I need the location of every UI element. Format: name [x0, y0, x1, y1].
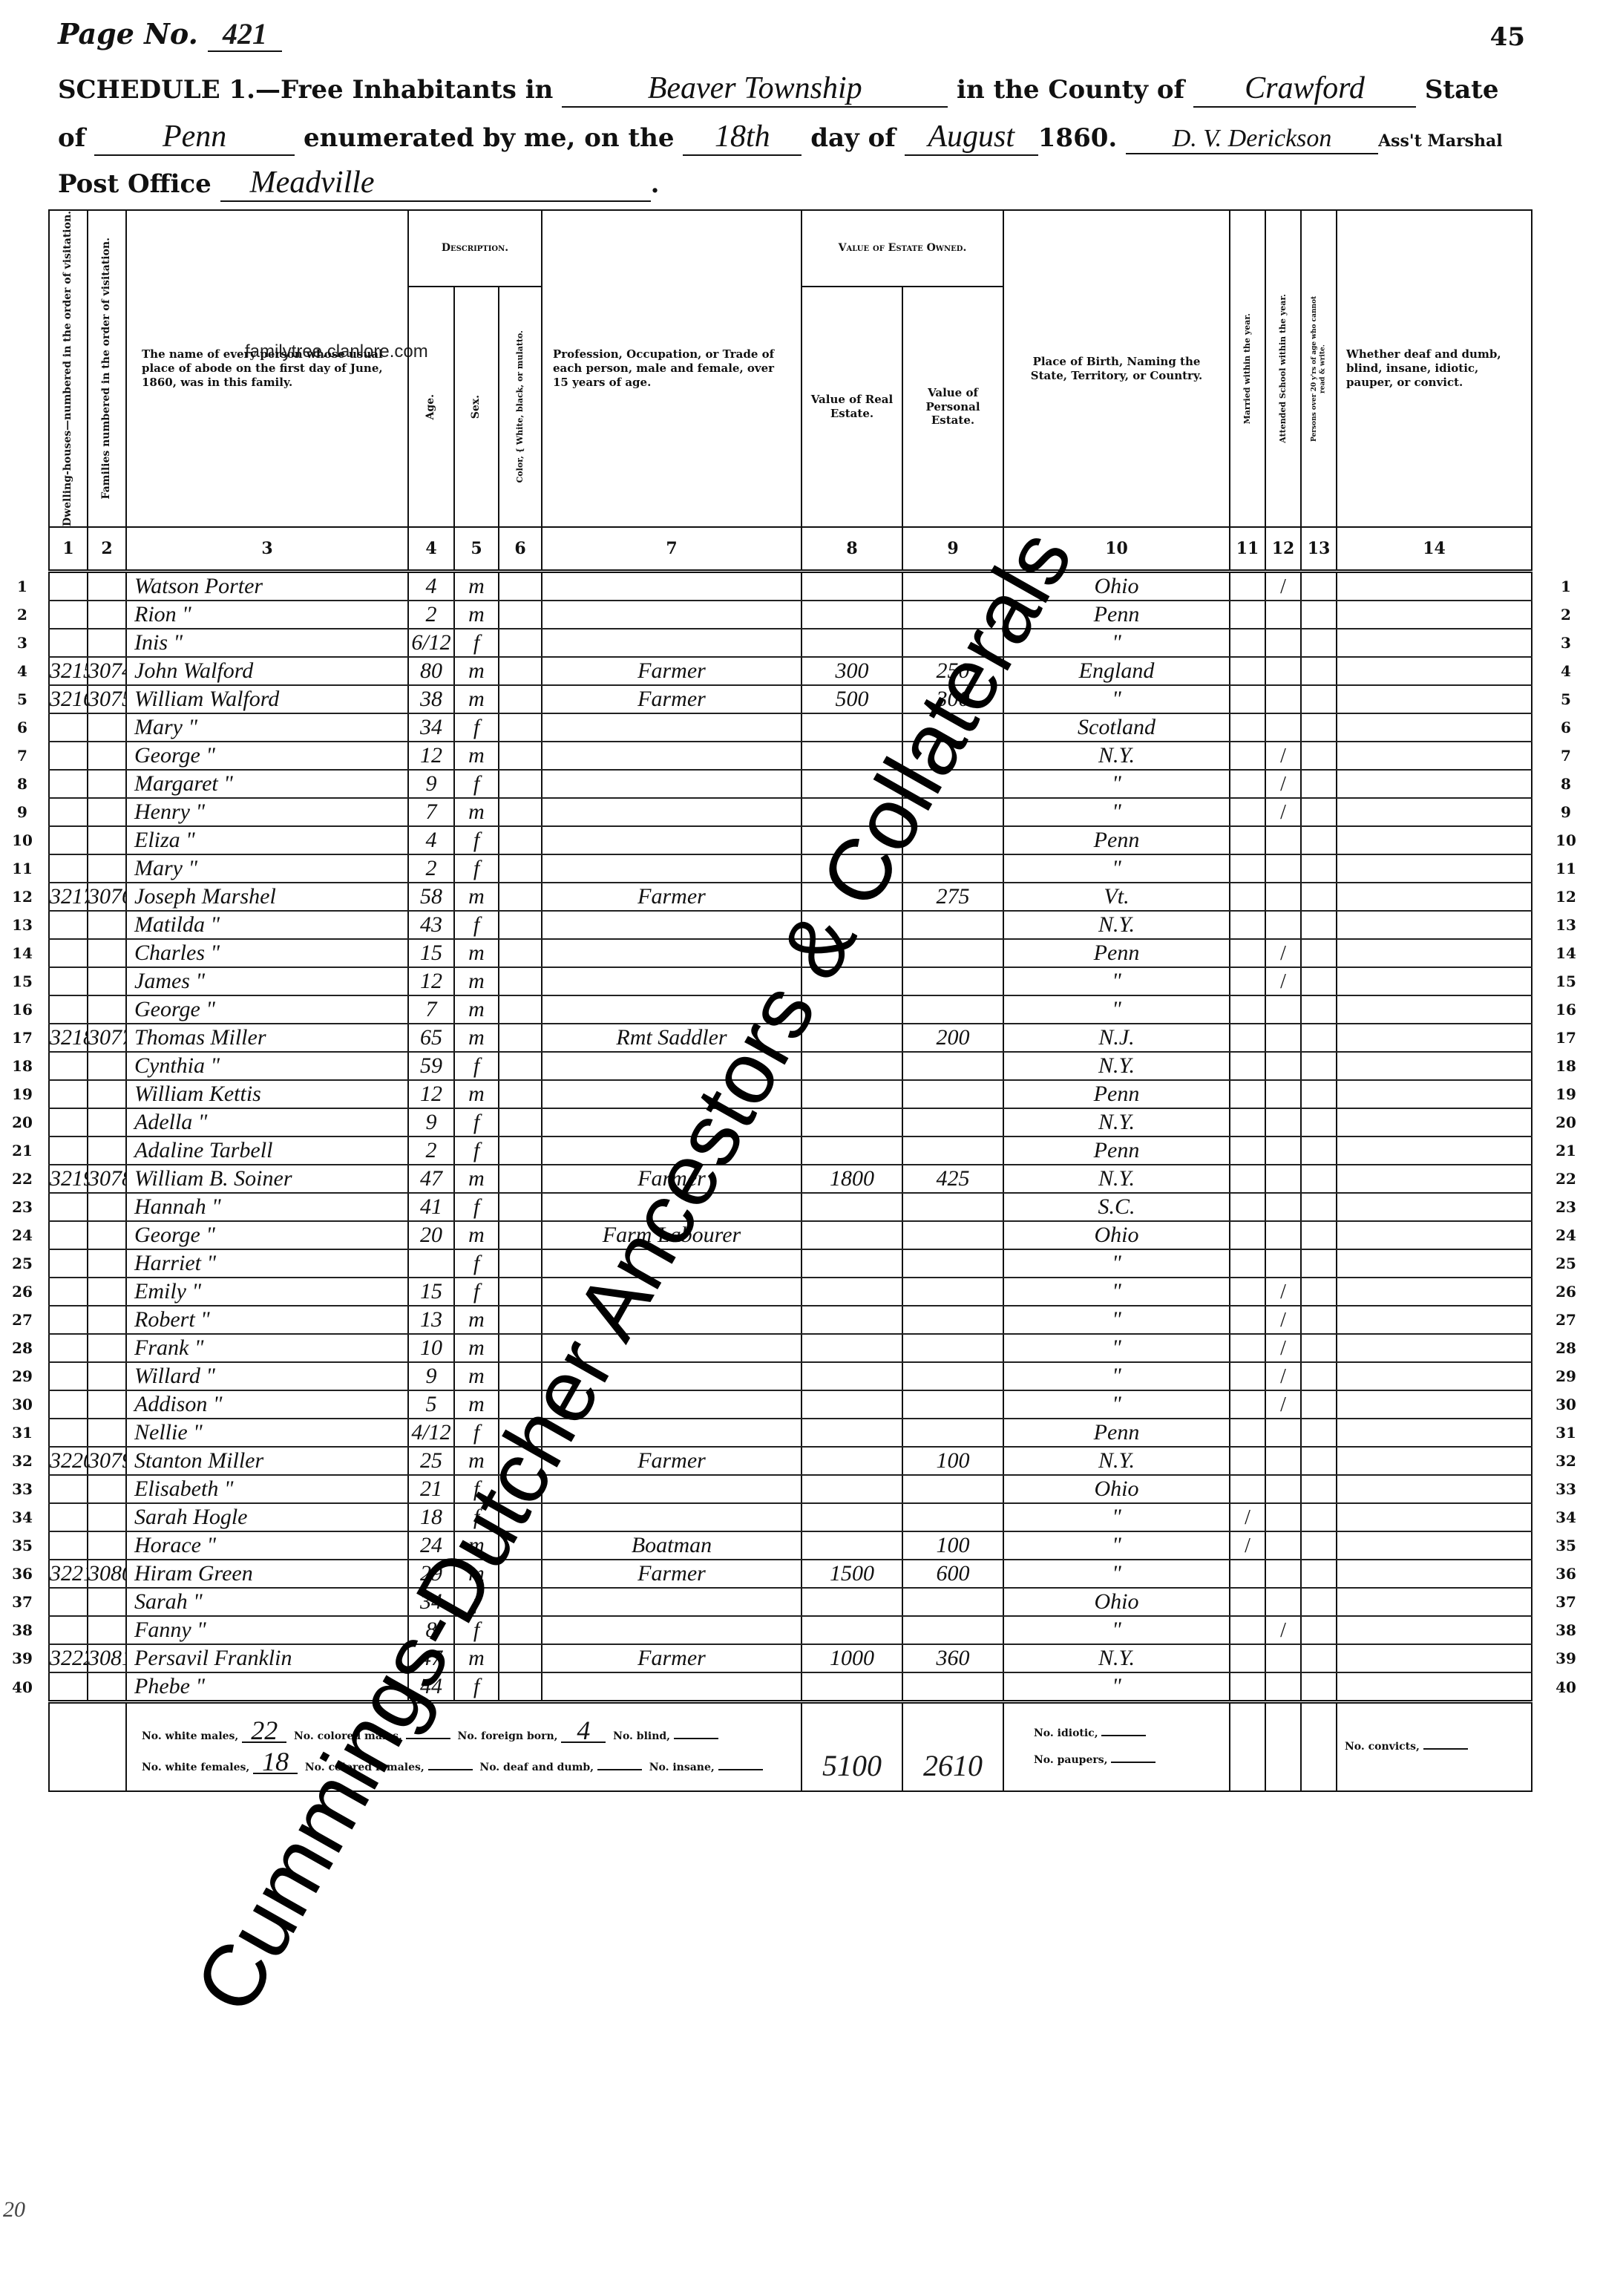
real-estate-value	[801, 1080, 902, 1108]
dwelling-number	[49, 798, 88, 826]
line-number: 27	[0, 1311, 45, 1329]
dwelling-number	[49, 1221, 88, 1249]
person-name: George "	[126, 1221, 408, 1249]
line-number: 8	[1544, 775, 1588, 793]
table-row: 32173076Joseph Marshel58mFarmer275Vt.	[49, 883, 1532, 911]
person-name: Margaret "	[126, 770, 408, 798]
line-number: 35	[0, 1537, 45, 1554]
dwelling-number	[49, 1080, 88, 1108]
color	[499, 1362, 542, 1390]
married-within-year	[1230, 826, 1265, 854]
sex: m	[454, 1221, 499, 1249]
person-name: George "	[126, 742, 408, 770]
real-estate-value: 300	[801, 657, 902, 685]
occupation: Farmer	[542, 685, 801, 713]
totals-idiotic-paupers: No. idiotic, No. paupers,	[1003, 1702, 1230, 1791]
dwelling-number: 3218	[49, 1024, 88, 1052]
cannot-read-write	[1301, 1249, 1337, 1278]
attended-school	[1265, 1080, 1301, 1108]
line-number: 16	[1544, 1001, 1588, 1018]
family-number: 3078	[88, 1165, 126, 1193]
sex: f	[454, 911, 499, 939]
birthplace: "	[1003, 1390, 1230, 1419]
cannot-read-write	[1301, 798, 1337, 826]
line-number: 20	[0, 1113, 45, 1131]
census-table: Dwelling-houses—numbered in the order of…	[48, 209, 1531, 1792]
occupation	[542, 1278, 801, 1306]
person-name: Persavil Franklin	[126, 1644, 408, 1672]
person-name: William Walford	[126, 685, 408, 713]
occupation	[542, 939, 801, 967]
sex: m	[454, 742, 499, 770]
family-number	[88, 995, 126, 1024]
age: 6/12	[408, 629, 454, 657]
foreign-born-total: 4	[561, 1719, 606, 1743]
post-office-line: Post Office Meadville.	[58, 165, 659, 202]
cannot-read-write	[1301, 1080, 1337, 1108]
line-number: 5	[0, 690, 45, 708]
day-of-label: day of	[810, 123, 896, 153]
cannot-read-write	[1301, 1588, 1337, 1616]
family-number	[88, 1306, 126, 1334]
personal-estate-value	[902, 1193, 1003, 1221]
personal-estate-value	[902, 1334, 1003, 1362]
disability	[1337, 1531, 1532, 1560]
line-number: 25	[0, 1255, 45, 1272]
line-number: 9	[1544, 803, 1588, 821]
sex: m	[454, 1390, 499, 1419]
attended-school	[1265, 1221, 1301, 1249]
occupation	[542, 911, 801, 939]
married-within-year	[1230, 1278, 1265, 1306]
family-number: 3076	[88, 883, 126, 911]
line-number: 31	[0, 1424, 45, 1442]
married-within-year	[1230, 1588, 1265, 1616]
attended-school	[1265, 1362, 1301, 1390]
personal-estate-value	[902, 939, 1003, 967]
attended-school	[1265, 967, 1301, 995]
line-number: 12	[1544, 888, 1588, 906]
day-field: 18th	[683, 119, 801, 156]
family-number	[88, 629, 126, 657]
birthplace: "	[1003, 798, 1230, 826]
color	[499, 854, 542, 883]
sex: f	[454, 854, 499, 883]
person-name: William Kettis	[126, 1080, 408, 1108]
disability	[1337, 1447, 1532, 1475]
line-number: 36	[0, 1565, 45, 1583]
disability	[1337, 1136, 1532, 1165]
birthplace: N.Y.	[1003, 1165, 1230, 1193]
occupation: Boatman	[542, 1531, 801, 1560]
dwelling-number	[49, 1616, 88, 1644]
line-number: 29	[0, 1367, 45, 1385]
occupation	[542, 1080, 801, 1108]
occupation	[542, 1588, 801, 1616]
color	[499, 911, 542, 939]
occupation	[542, 1419, 801, 1447]
line-number: 38	[0, 1621, 45, 1639]
birthplace: N.J.	[1003, 1024, 1230, 1052]
color	[499, 798, 542, 826]
married-within-year	[1230, 1334, 1265, 1362]
column-number: 14	[1337, 527, 1532, 572]
line-number: 28	[1544, 1339, 1588, 1357]
line-number: 39	[1544, 1649, 1588, 1667]
sex: m	[454, 1165, 499, 1193]
sheet-number: 45	[1490, 22, 1525, 52]
schedule-label: SCHEDULE 1.—Free Inhabitants in	[58, 75, 553, 105]
col-header-family: Families numbered in the order of visita…	[88, 210, 126, 527]
line-number: 35	[1544, 1537, 1588, 1554]
real-estate-value	[801, 770, 902, 798]
line-number: 17	[0, 1029, 45, 1047]
color	[499, 1390, 542, 1419]
family-number	[88, 1108, 126, 1136]
age: 7	[408, 798, 454, 826]
age: 9	[408, 770, 454, 798]
person-name: Cynthia "	[126, 1052, 408, 1080]
dwelling-number	[49, 742, 88, 770]
personal-estate-value	[902, 1362, 1003, 1390]
cannot-read-write	[1301, 770, 1337, 798]
married-within-year	[1230, 1503, 1265, 1531]
cannot-read-write	[1301, 1390, 1337, 1419]
table-row: George "20mFarm LabourerOhio	[49, 1221, 1532, 1249]
attended-school	[1265, 883, 1301, 911]
table-row: Nellie "4/12fPenn	[49, 1419, 1532, 1447]
personal-estate-value	[902, 1136, 1003, 1165]
disability	[1337, 1193, 1532, 1221]
birthplace: Penn	[1003, 601, 1230, 629]
table-row: Mary "2f"	[49, 854, 1532, 883]
attended-school	[1265, 1024, 1301, 1052]
real-estate-value	[801, 1419, 902, 1447]
table-row: Cynthia "59fN.Y.	[49, 1052, 1532, 1080]
family-number	[88, 1362, 126, 1390]
table-row: Hannah "41fS.C.	[49, 1193, 1532, 1221]
attended-school	[1265, 1531, 1301, 1560]
table-row: Phebe "44f"	[49, 1672, 1532, 1702]
occupation: Farmer	[542, 883, 801, 911]
sex: f	[454, 1588, 499, 1616]
line-number: 18	[0, 1057, 45, 1075]
color	[499, 1503, 542, 1531]
attended-school	[1265, 770, 1301, 798]
column-number: 9	[902, 527, 1003, 572]
real-estate-value	[801, 1334, 902, 1362]
attended-school	[1265, 1249, 1301, 1278]
dwelling-number	[49, 1334, 88, 1362]
cannot-read-write	[1301, 1165, 1337, 1193]
real-estate-value	[801, 1278, 902, 1306]
color	[499, 1419, 542, 1447]
color	[499, 1221, 542, 1249]
dwelling-number	[49, 1588, 88, 1616]
age: 18	[408, 1503, 454, 1531]
real-estate-value	[801, 572, 902, 601]
person-name: Nellie "	[126, 1419, 408, 1447]
attended-school	[1265, 1447, 1301, 1475]
person-name: Mary "	[126, 713, 408, 742]
real-estate-value	[801, 995, 902, 1024]
table-row: Sarah "34fOhio	[49, 1588, 1532, 1616]
color	[499, 1249, 542, 1278]
sex: m	[454, 995, 499, 1024]
personal-estate-value: 425	[902, 1165, 1003, 1193]
attended-school	[1265, 1560, 1301, 1588]
attended-school	[1265, 1672, 1301, 1702]
family-number	[88, 601, 126, 629]
color	[499, 1165, 542, 1193]
table-row: Adaline Tarbell2fPenn	[49, 1136, 1532, 1165]
color	[499, 1644, 542, 1672]
personal-estate-value	[902, 742, 1003, 770]
year: 1860.	[1038, 123, 1117, 153]
line-number: 25	[1544, 1255, 1588, 1272]
occupation	[542, 1475, 801, 1503]
disability	[1337, 742, 1532, 770]
disability	[1337, 854, 1532, 883]
person-name: Watson Porter	[126, 572, 408, 601]
personal-estate-value	[902, 1419, 1003, 1447]
occupation: Farmer	[542, 1447, 801, 1475]
disability	[1337, 1278, 1532, 1306]
disability	[1337, 1080, 1532, 1108]
age: 80	[408, 657, 454, 685]
cannot-read-write	[1301, 939, 1337, 967]
birthplace: Penn	[1003, 1136, 1230, 1165]
person-name: Robert "	[126, 1306, 408, 1334]
dwelling-number	[49, 1193, 88, 1221]
attended-school	[1265, 854, 1301, 883]
sex: f	[454, 770, 499, 798]
age: 15	[408, 939, 454, 967]
married-within-year	[1230, 657, 1265, 685]
col-header-description: Description.	[408, 210, 542, 287]
dwelling-number	[49, 1419, 88, 1447]
page-number-line: Page No. 421	[58, 16, 282, 51]
married-within-year	[1230, 629, 1265, 657]
person-name: Matilda "	[126, 911, 408, 939]
dwelling-number	[49, 1108, 88, 1136]
age: 12	[408, 1080, 454, 1108]
disability	[1337, 1108, 1532, 1136]
month-field: August	[905, 119, 1038, 156]
birthplace: "	[1003, 1672, 1230, 1702]
birthplace: N.Y.	[1003, 1108, 1230, 1136]
attended-school	[1265, 685, 1301, 713]
col-header-married: Married within the year.	[1230, 210, 1265, 527]
line-number: 17	[1544, 1029, 1588, 1047]
real-estate-value: 1000	[801, 1644, 902, 1672]
color	[499, 770, 542, 798]
cannot-read-write	[1301, 629, 1337, 657]
line-number: 14	[0, 944, 45, 962]
post-office-field: Meadville	[220, 165, 651, 202]
color	[499, 713, 542, 742]
marshal-name: D. V. Derickson	[1126, 125, 1378, 154]
occupation	[542, 742, 801, 770]
column-number: 7	[542, 527, 801, 572]
real-estate-value	[801, 1052, 902, 1080]
table-row: Addison "5m"	[49, 1390, 1532, 1419]
line-number: 13	[0, 916, 45, 934]
line-number: 33	[0, 1480, 45, 1498]
line-number: 4	[0, 662, 45, 680]
disability	[1337, 1249, 1532, 1278]
color	[499, 1108, 542, 1136]
table-row: George "12mN.Y.	[49, 742, 1532, 770]
personal-estate-total: 2610	[902, 1702, 1003, 1791]
table-row: Matilda "43fN.Y.	[49, 911, 1532, 939]
family-number	[88, 826, 126, 854]
line-number: 2	[0, 606, 45, 624]
line-number: 28	[0, 1339, 45, 1357]
person-name: Rion "	[126, 601, 408, 629]
personal-estate-value: 275	[902, 883, 1003, 911]
family-number	[88, 1136, 126, 1165]
attended-school	[1265, 713, 1301, 742]
family-number	[88, 1193, 126, 1221]
dwelling-number	[49, 601, 88, 629]
line-number: 10	[1544, 831, 1588, 849]
person-name: Elisabeth "	[126, 1475, 408, 1503]
sex: m	[454, 1531, 499, 1560]
occupation	[542, 1136, 801, 1165]
person-name: Addison "	[126, 1390, 408, 1419]
person-name: Sarah Hogle	[126, 1503, 408, 1531]
sex: f	[454, 826, 499, 854]
line-number: 19	[0, 1085, 45, 1103]
birthplace: "	[1003, 1616, 1230, 1644]
cannot-read-write	[1301, 1475, 1337, 1503]
married-within-year	[1230, 1249, 1265, 1278]
color	[499, 1475, 542, 1503]
real-estate-value	[801, 713, 902, 742]
line-number: 10	[0, 831, 45, 849]
birthplace: "	[1003, 1278, 1230, 1306]
birthplace: N.Y.	[1003, 911, 1230, 939]
cannot-read-write	[1301, 1531, 1337, 1560]
family-number	[88, 798, 126, 826]
cannot-read-write	[1301, 1644, 1337, 1672]
person-name: Stanton Miller	[126, 1447, 408, 1475]
attended-school	[1265, 601, 1301, 629]
attended-school	[1265, 1419, 1301, 1447]
age: 2	[408, 854, 454, 883]
totals-row: No. white males, 22 No. colored males, N…	[49, 1702, 1532, 1791]
cannot-read-write	[1301, 911, 1337, 939]
disability	[1337, 1475, 1532, 1503]
family-number	[88, 713, 126, 742]
table-row: George "7m"	[49, 995, 1532, 1024]
line-number: 5	[1544, 690, 1588, 708]
person-name: Sarah "	[126, 1588, 408, 1616]
occupation: Farmer	[542, 1560, 801, 1588]
sex: m	[454, 1644, 499, 1672]
real-estate-value	[801, 883, 902, 911]
page-number: 421	[208, 17, 282, 52]
attended-school	[1265, 1136, 1301, 1165]
color	[499, 1616, 542, 1644]
cannot-read-write	[1301, 1221, 1337, 1249]
personal-estate-value: 600	[902, 1560, 1003, 1588]
line-number: 11	[0, 860, 45, 877]
age: 41	[408, 1193, 454, 1221]
family-number: 3079	[88, 1447, 126, 1475]
age: 2	[408, 601, 454, 629]
cannot-read-write	[1301, 967, 1337, 995]
table-row: Inis "6/12f"	[49, 629, 1532, 657]
person-name: Emily "	[126, 1278, 408, 1306]
occupation: Farmer	[542, 1165, 801, 1193]
married-within-year	[1230, 883, 1265, 911]
sex: f	[454, 1193, 499, 1221]
table-row: Emily "15f"	[49, 1278, 1532, 1306]
line-number: 3	[0, 634, 45, 652]
occupation: Farmer	[542, 657, 801, 685]
table-row: James "12m"	[49, 967, 1532, 995]
table-row: Henry "7m"	[49, 798, 1532, 826]
table-row: 32223081Persavil Franklin47mFarmer100036…	[49, 1644, 1532, 1672]
line-number: 20	[1544, 1113, 1588, 1131]
disability	[1337, 826, 1532, 854]
person-name: George "	[126, 995, 408, 1024]
line-number: 34	[0, 1508, 45, 1526]
column-number: 6	[499, 527, 542, 572]
table-row: Harriet "f"	[49, 1249, 1532, 1278]
totals-convicts: No. convicts,	[1337, 1702, 1532, 1791]
disability	[1337, 1024, 1532, 1052]
married-within-year	[1230, 1193, 1265, 1221]
line-number: 31	[1544, 1424, 1588, 1442]
line-number: 6	[0, 719, 45, 736]
birthplace: Ohio	[1003, 572, 1230, 601]
family-number: 3075	[88, 685, 126, 713]
married-within-year	[1230, 1644, 1265, 1672]
birthplace: N.Y.	[1003, 1644, 1230, 1672]
disability	[1337, 1052, 1532, 1080]
personal-estate-value: 100	[902, 1447, 1003, 1475]
married-within-year	[1230, 770, 1265, 798]
disability	[1337, 1165, 1532, 1193]
occupation	[542, 629, 801, 657]
occupation	[542, 1362, 801, 1390]
margin-note: 20	[3, 2197, 25, 2223]
line-number: 11	[1544, 860, 1588, 877]
post-office-label: Post Office	[58, 169, 212, 199]
line-number: 1	[0, 578, 45, 595]
cannot-read-write	[1301, 572, 1337, 601]
age: 24	[408, 1531, 454, 1560]
table-row: 32193078William B. Soiner47mFarmer180042…	[49, 1165, 1532, 1193]
occupation: Rmt Saddler	[542, 1024, 801, 1052]
birthplace: Scotland	[1003, 713, 1230, 742]
birthplace: "	[1003, 629, 1230, 657]
birthplace: "	[1003, 1334, 1230, 1362]
white-females-total: 18	[253, 1750, 298, 1774]
table-row: Sarah Hogle18f"	[49, 1503, 1532, 1531]
line-number: 24	[1544, 1226, 1588, 1244]
attended-school	[1265, 995, 1301, 1024]
family-number: 3081	[88, 1644, 126, 1672]
dwelling-number	[49, 826, 88, 854]
table-row: Adella "9fN.Y.	[49, 1108, 1532, 1136]
col-header-personal-estate: Value of Personal Estate.	[902, 287, 1003, 527]
sex: f	[454, 1419, 499, 1447]
line-number: 6	[1544, 719, 1588, 736]
